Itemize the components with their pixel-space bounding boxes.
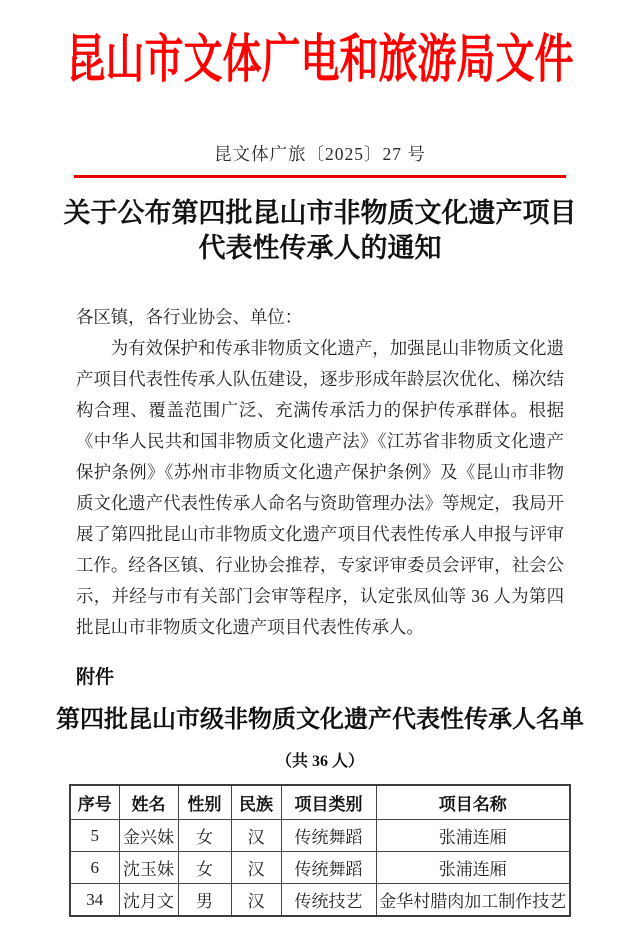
- table-row: 5 金兴妹 女 汉 传统舞蹈 张浦连厢: [70, 820, 570, 852]
- cell-ethnic: 汉: [231, 820, 281, 852]
- cell-project: 张浦连厢: [376, 820, 570, 852]
- document-title-line1: 关于公布第四批昆山市非物质文化遗产项目: [0, 196, 640, 231]
- document-title-line2: 代表性传承人的通知: [0, 231, 640, 266]
- cell-ethnic: 汉: [231, 884, 281, 917]
- column-header-name: 姓名: [119, 785, 178, 820]
- document-number: 昆文体广旅〔2025〕27 号: [0, 144, 640, 164]
- cell-name: 沈玉妹: [119, 852, 178, 884]
- list-title: 第四批昆山市级非物质文化遗产代表性传承人名单: [0, 704, 640, 736]
- cell-ethnic: 汉: [231, 852, 281, 884]
- cell-category: 传统舞蹈: [281, 820, 376, 852]
- column-header-category: 项目类别: [281, 785, 376, 820]
- list-count: （共 36 人）: [0, 752, 640, 772]
- agency-title: 昆山市文体广电和旅游局文件: [67, 18, 574, 93]
- document-body: 各区镇，各行业协会、单位： 为有效保护和传承非物质文化遗产，加强昆山非物质文化遗…: [76, 302, 564, 660]
- cell-gender: 女: [178, 852, 231, 884]
- cell-category: 传统舞蹈: [281, 852, 376, 884]
- inheritors-table: 序号 姓名 性别 民族 项目类别 项目名称 5 金兴妹 女 汉 传统舞蹈 张浦连…: [69, 784, 571, 917]
- cell-category: 传统技艺: [281, 884, 376, 917]
- red-divider: [74, 175, 566, 178]
- column-header-gender: 性别: [178, 785, 231, 820]
- cell-project: 张浦连厢: [376, 852, 570, 884]
- cell-seq: 6: [70, 852, 119, 884]
- attachment-label: 附件: [76, 666, 564, 690]
- cell-seq: 34: [70, 884, 119, 917]
- cell-gender: 男: [178, 884, 231, 917]
- salutation: 各区镇，各行业协会、单位：: [76, 302, 564, 333]
- cell-name: 金兴妹: [119, 820, 178, 852]
- column-header-seq: 序号: [70, 785, 119, 820]
- cell-project: 金华村腊肉加工制作技艺: [376, 884, 570, 917]
- body-paragraph: 为有效保护和传承非物质文化遗产，加强昆山非物质文化遗产项目代表性传承人队伍建设，…: [76, 333, 564, 643]
- document-title: 关于公布第四批昆山市非物质文化遗产项目 代表性传承人的通知: [0, 196, 640, 266]
- table-row: 6 沈玉妹 女 汉 传统舞蹈 张浦连厢: [70, 852, 570, 884]
- document-page: 昆山市文体广电和旅游局文件 昆文体广旅〔2025〕27 号 关于公布第四批昆山市…: [0, 0, 640, 931]
- column-header-ethnic: 民族: [231, 785, 281, 820]
- column-header-project: 项目名称: [376, 785, 570, 820]
- table-row: 34 沈月文 男 汉 传统技艺 金华村腊肉加工制作技艺: [70, 884, 570, 917]
- cell-name: 沈月文: [119, 884, 178, 917]
- cell-seq: 5: [70, 820, 119, 852]
- letterhead: 昆山市文体广电和旅游局文件: [0, 24, 640, 86]
- cell-gender: 女: [178, 820, 231, 852]
- table-header-row: 序号 姓名 性别 民族 项目类别 项目名称: [70, 785, 570, 820]
